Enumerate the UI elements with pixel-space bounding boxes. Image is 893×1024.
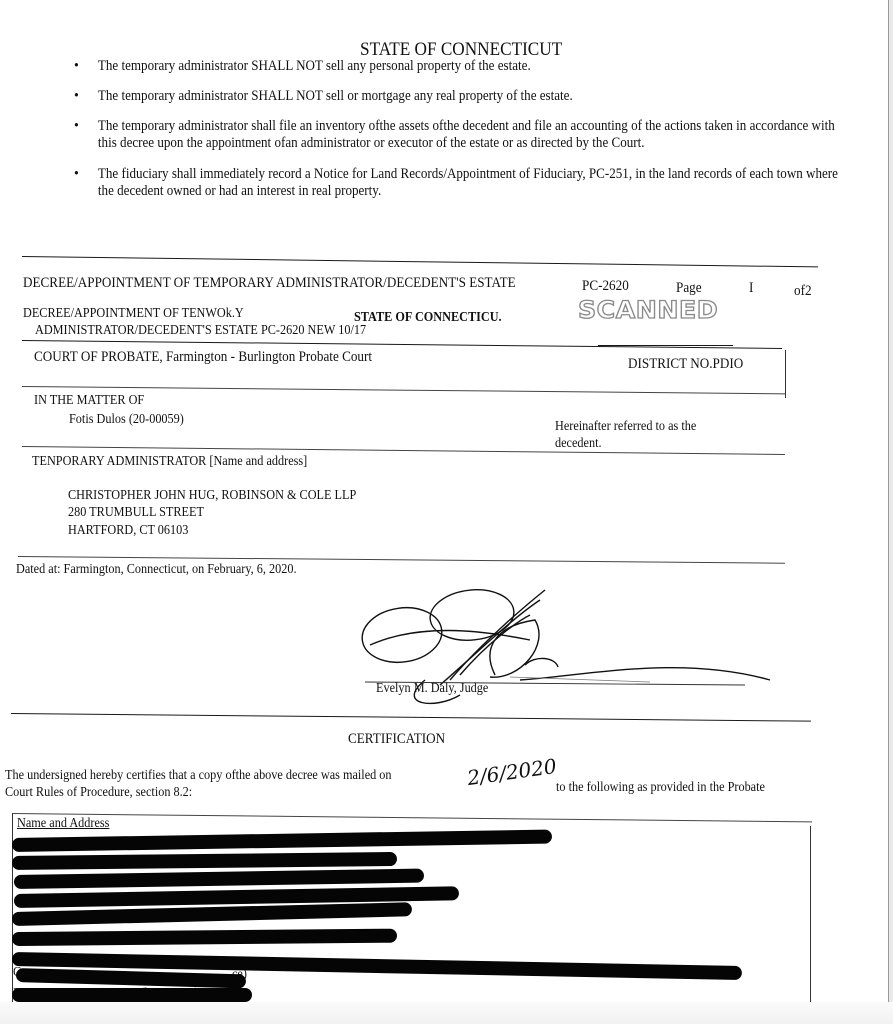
divider <box>22 256 818 267</box>
page-label: Page <box>676 280 702 297</box>
redaction-mark <box>12 929 397 946</box>
decedent-note-line-2: decedent. <box>555 435 602 451</box>
redaction-mark <box>12 830 552 852</box>
divider <box>598 345 733 346</box>
list-item: The fiduciary shall immediately record a… <box>74 166 843 200</box>
judge-name: Evelyn M. Daly, Judge <box>376 680 488 696</box>
document-page: STATE OF CONNECTICUT The temporary admin… <box>0 0 889 1002</box>
administrator-address-line: 280 TRUMBULL STREET <box>68 504 204 520</box>
certification-text: The undersigned hereby certifies that a … <box>5 767 392 783</box>
decedent-note-line-1: Hereinafter referred to as the <box>555 418 696 434</box>
form-number: PC-2620 <box>582 278 629 295</box>
scanned-stamp: SCANNED <box>578 296 718 324</box>
court-label: COURT OF PROBATE, Farmington - Burlingto… <box>34 349 372 366</box>
administrator-label: TENPORARY ADMINISTRATOR [Name and addres… <box>32 453 307 469</box>
page-edge <box>888 0 893 1024</box>
table-header: Name and Address <box>17 815 109 831</box>
certification-title: CERTIFICATION <box>348 731 445 748</box>
redaction-mark <box>12 852 397 870</box>
district-box-border <box>785 350 786 398</box>
administrator-address-line: HARTFORD, CT 06103 <box>68 522 188 538</box>
certification-text-line-2: Court Rules of Procedure, section 8.2: <box>5 784 192 800</box>
certification-text-after: to the following as provided in the Prob… <box>556 779 765 795</box>
page-number: I <box>749 280 753 297</box>
handwritten-mail-date: 2/6/2020 <box>466 754 558 790</box>
form-line-1: DECREE/APPOINTMENT OF TENWOk.Y <box>23 305 244 321</box>
list-item: The temporary administrator SHALL NOT se… <box>74 88 843 105</box>
table-border-top <box>12 813 812 822</box>
table-border-right <box>810 826 811 1016</box>
page-total: of2 <box>794 283 812 300</box>
redaction-mark <box>12 988 252 1002</box>
list-item: The temporary administrator SHALL NOT se… <box>74 58 843 75</box>
administrator-address-line: CHRISTOPHER JOHN HUG, ROBINSON & COLE LL… <box>68 487 356 503</box>
form-title: DECREE/APPOINTMENT OF TEMPORARY ADMINIST… <box>23 275 516 292</box>
dated-line: Dated at: Farmington, Connecticut, on Fe… <box>16 561 297 577</box>
matter-label: IN THE MATTER OF <box>34 392 144 408</box>
form-state: STATE OF CONNECTICU. <box>354 309 502 325</box>
form-line-2: ADMINISTRATOR/DECEDENT'S ESTATE PC-2620 … <box>35 322 366 338</box>
district-number: DISTRICT NO.PDIO <box>628 356 743 373</box>
redaction-mark <box>14 869 424 889</box>
list-item: The temporary administrator shall file a… <box>74 118 843 152</box>
decedent-name: Fotis Dulos (20-00059) <box>69 411 184 427</box>
page-bottom-margin <box>0 1002 893 1024</box>
